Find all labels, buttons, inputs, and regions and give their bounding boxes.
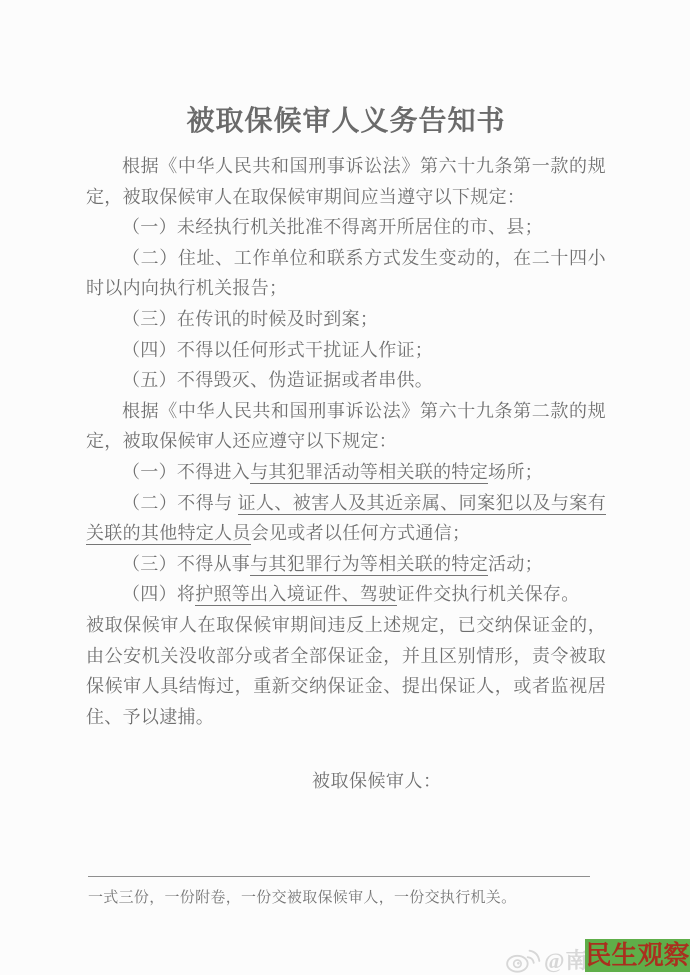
rule-item: （一）不得进入与其犯罪活动等相关联的特定场所； (86, 457, 606, 488)
footer-divider (88, 876, 590, 877)
plain-text: 场所； (488, 462, 543, 482)
intro-paragraph-2: 根据《中华人民共和国刑事诉讼法》第六十九条第二款的规定，被取保候审人还应遵守以下… (86, 396, 606, 457)
underlined-text: 护照等出入境证件、驾驶 (195, 584, 396, 606)
rule-item: （三）不得从事与其犯罪行为等相关联的特定活动； (86, 549, 606, 580)
footer-note: 一式三份，一份附卷，一份交被取保候审人，一份交执行机关。 (88, 886, 605, 907)
plain-text: （四）将 (122, 584, 195, 604)
weibo-watermark: @南京 民生观察 (500, 938, 690, 975)
obligations-list-1: （一）未经执行机关批准不得离开所居住的市、县；（二）住址、工作单位和联系方式发生… (86, 212, 606, 396)
underlined-text: 与其犯罪行为等相关联的特定 (250, 554, 488, 576)
document-body: 被取保候审人义务告知书 根据《中华人民共和国刑事诉讼法》第六十九条第一款的规定，… (86, 102, 606, 797)
rule-item: （二）住址、工作单位和联系方式发生变动的，在二十四小时以内向执行机关报告； (86, 243, 606, 304)
signature-label: 被取保候审人： (312, 771, 442, 791)
document-page: 被取保候审人义务告知书 根据《中华人民共和国刑事诉讼法》第六十九条第一款的规定，… (0, 0, 690, 975)
document-footer: 一式三份，一份附卷，一份交被取保候审人，一份交执行机关。 (88, 876, 605, 907)
rule-item: （二）不得与 证人、被害人及其近亲属、同案犯以及与案有关联的其他特定人员会见或者… (86, 488, 606, 549)
document-text: 根据《中华人民共和国刑事诉讼法》第六十九条第一款的规定，被取保候审人在取保候审期… (86, 151, 606, 797)
watermark-badge: 民生观察 (585, 939, 690, 972)
plain-text: 活动； (488, 554, 543, 574)
obligations-list-2: （一）不得进入与其犯罪活动等相关联的特定场所；（二）不得与 证人、被害人及其近亲… (86, 457, 606, 610)
rule-item: （四）不得以任何形式干扰证人作证； (86, 335, 606, 366)
plain-text: （一）不得进入 (122, 462, 250, 482)
document-title: 被取保候审人义务告知书 (86, 102, 606, 140)
rule-item: （五）不得毁灭、伪造证据或者串供。 (86, 365, 606, 396)
intro-paragraph-1: 根据《中华人民共和国刑事诉讼法》第六十九条第一款的规定，被取保候审人在取保候审期… (86, 151, 606, 212)
underlined-text: 与其犯罪活动等相关联的特定 (250, 462, 488, 484)
consequence-paragraph: 被取保候审人在取保候审期间违反上述规定，已交纳保证金的，由公安机关没收部分或者全… (86, 610, 606, 732)
rule-item: （三）在传讯的时候及时到案； (86, 304, 606, 335)
plain-text: 会见或者以任何方式通信； (251, 523, 471, 543)
weibo-icon (504, 946, 542, 975)
plain-text: （三）不得从事 (122, 554, 250, 574)
rule-item: （一）未经执行机关批准不得离开所居住的市、县； (86, 212, 606, 243)
plain-text: （二）不得与 (122, 493, 238, 513)
signature-row: 被取保候审人： (86, 766, 606, 797)
rule-item: （四）将护照等出入境证件、驾驶证件交执行机关保存。 (86, 579, 606, 610)
plain-text: 证件交执行机关保存。 (397, 584, 580, 604)
